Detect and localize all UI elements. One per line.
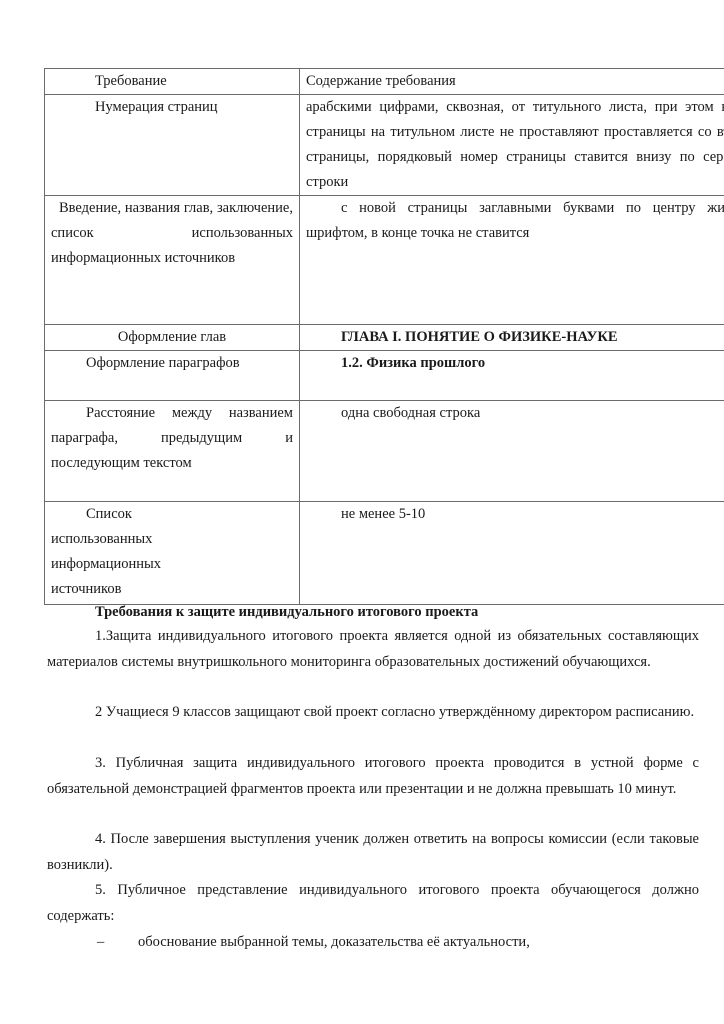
row-content: не менее 5-10: [300, 502, 724, 605]
row-content: с новой страницы заглавными буквами по ц…: [300, 196, 724, 325]
row-requirement: Нумерация страниц: [45, 95, 300, 196]
row-content: одна свободная строка: [300, 401, 724, 502]
row-requirement: Оформление глав: [45, 325, 300, 351]
header-requirement-content: Содержание требования: [300, 69, 724, 95]
paragraph-3: 3. Публичная защита индивидуального итог…: [47, 751, 699, 802]
table-row: Список использованных информационных ист…: [45, 502, 724, 605]
row-content: арабскими цифрами, сквозная, от титульно…: [300, 95, 724, 196]
row-requirement: Оформление параграфов: [45, 351, 300, 401]
paragraph-2: 2 Учащиеся 9 классов защищают свой проек…: [47, 700, 699, 726]
document-page: Требование Содержание требования Нумерац…: [0, 0, 724, 1024]
table-row: Оформление параграфов 1.2. Физика прошло…: [45, 351, 724, 401]
table-row: Оформление глав ГЛАВА I. ПОНЯТИЕ О ФИЗИК…: [45, 325, 724, 351]
requirements-table: Требование Содержание требования Нумерац…: [44, 68, 724, 605]
row-content: 1.2. Физика прошлого: [300, 351, 724, 401]
table-row: Нумерация страниц арабскими цифрами, скв…: [45, 95, 724, 196]
bullet-dash-icon: –: [97, 931, 104, 953]
row-requirement: Расстояние между названием параграфа, пр…: [45, 401, 300, 502]
paragraph-5: 5. Публичное представление индивидуально…: [47, 878, 699, 929]
table-row: Введение, названия глав, заключение, спи…: [45, 196, 724, 325]
row-requirement: Список использованных информационных ист…: [45, 502, 300, 605]
section-heading: Требования к защите индивидуального итог…: [95, 601, 478, 623]
header-requirement: Требование: [45, 69, 300, 95]
paragraph-4: 4. После завершения выступления ученик д…: [47, 827, 699, 878]
paragraph-1: 1.Защита индивидуального итогового проек…: [47, 624, 699, 675]
row-content: ГЛАВА I. ПОНЯТИЕ О ФИЗИКЕ-НАУКЕ: [300, 325, 724, 351]
table-row: Расстояние между названием параграфа, пр…: [45, 401, 724, 502]
row-requirement: Введение, названия глав, заключение, спи…: [45, 196, 300, 325]
table-header-row: Требование Содержание требования: [45, 69, 724, 95]
bullet-item: обоснование выбранной темы, доказательст…: [138, 931, 530, 953]
